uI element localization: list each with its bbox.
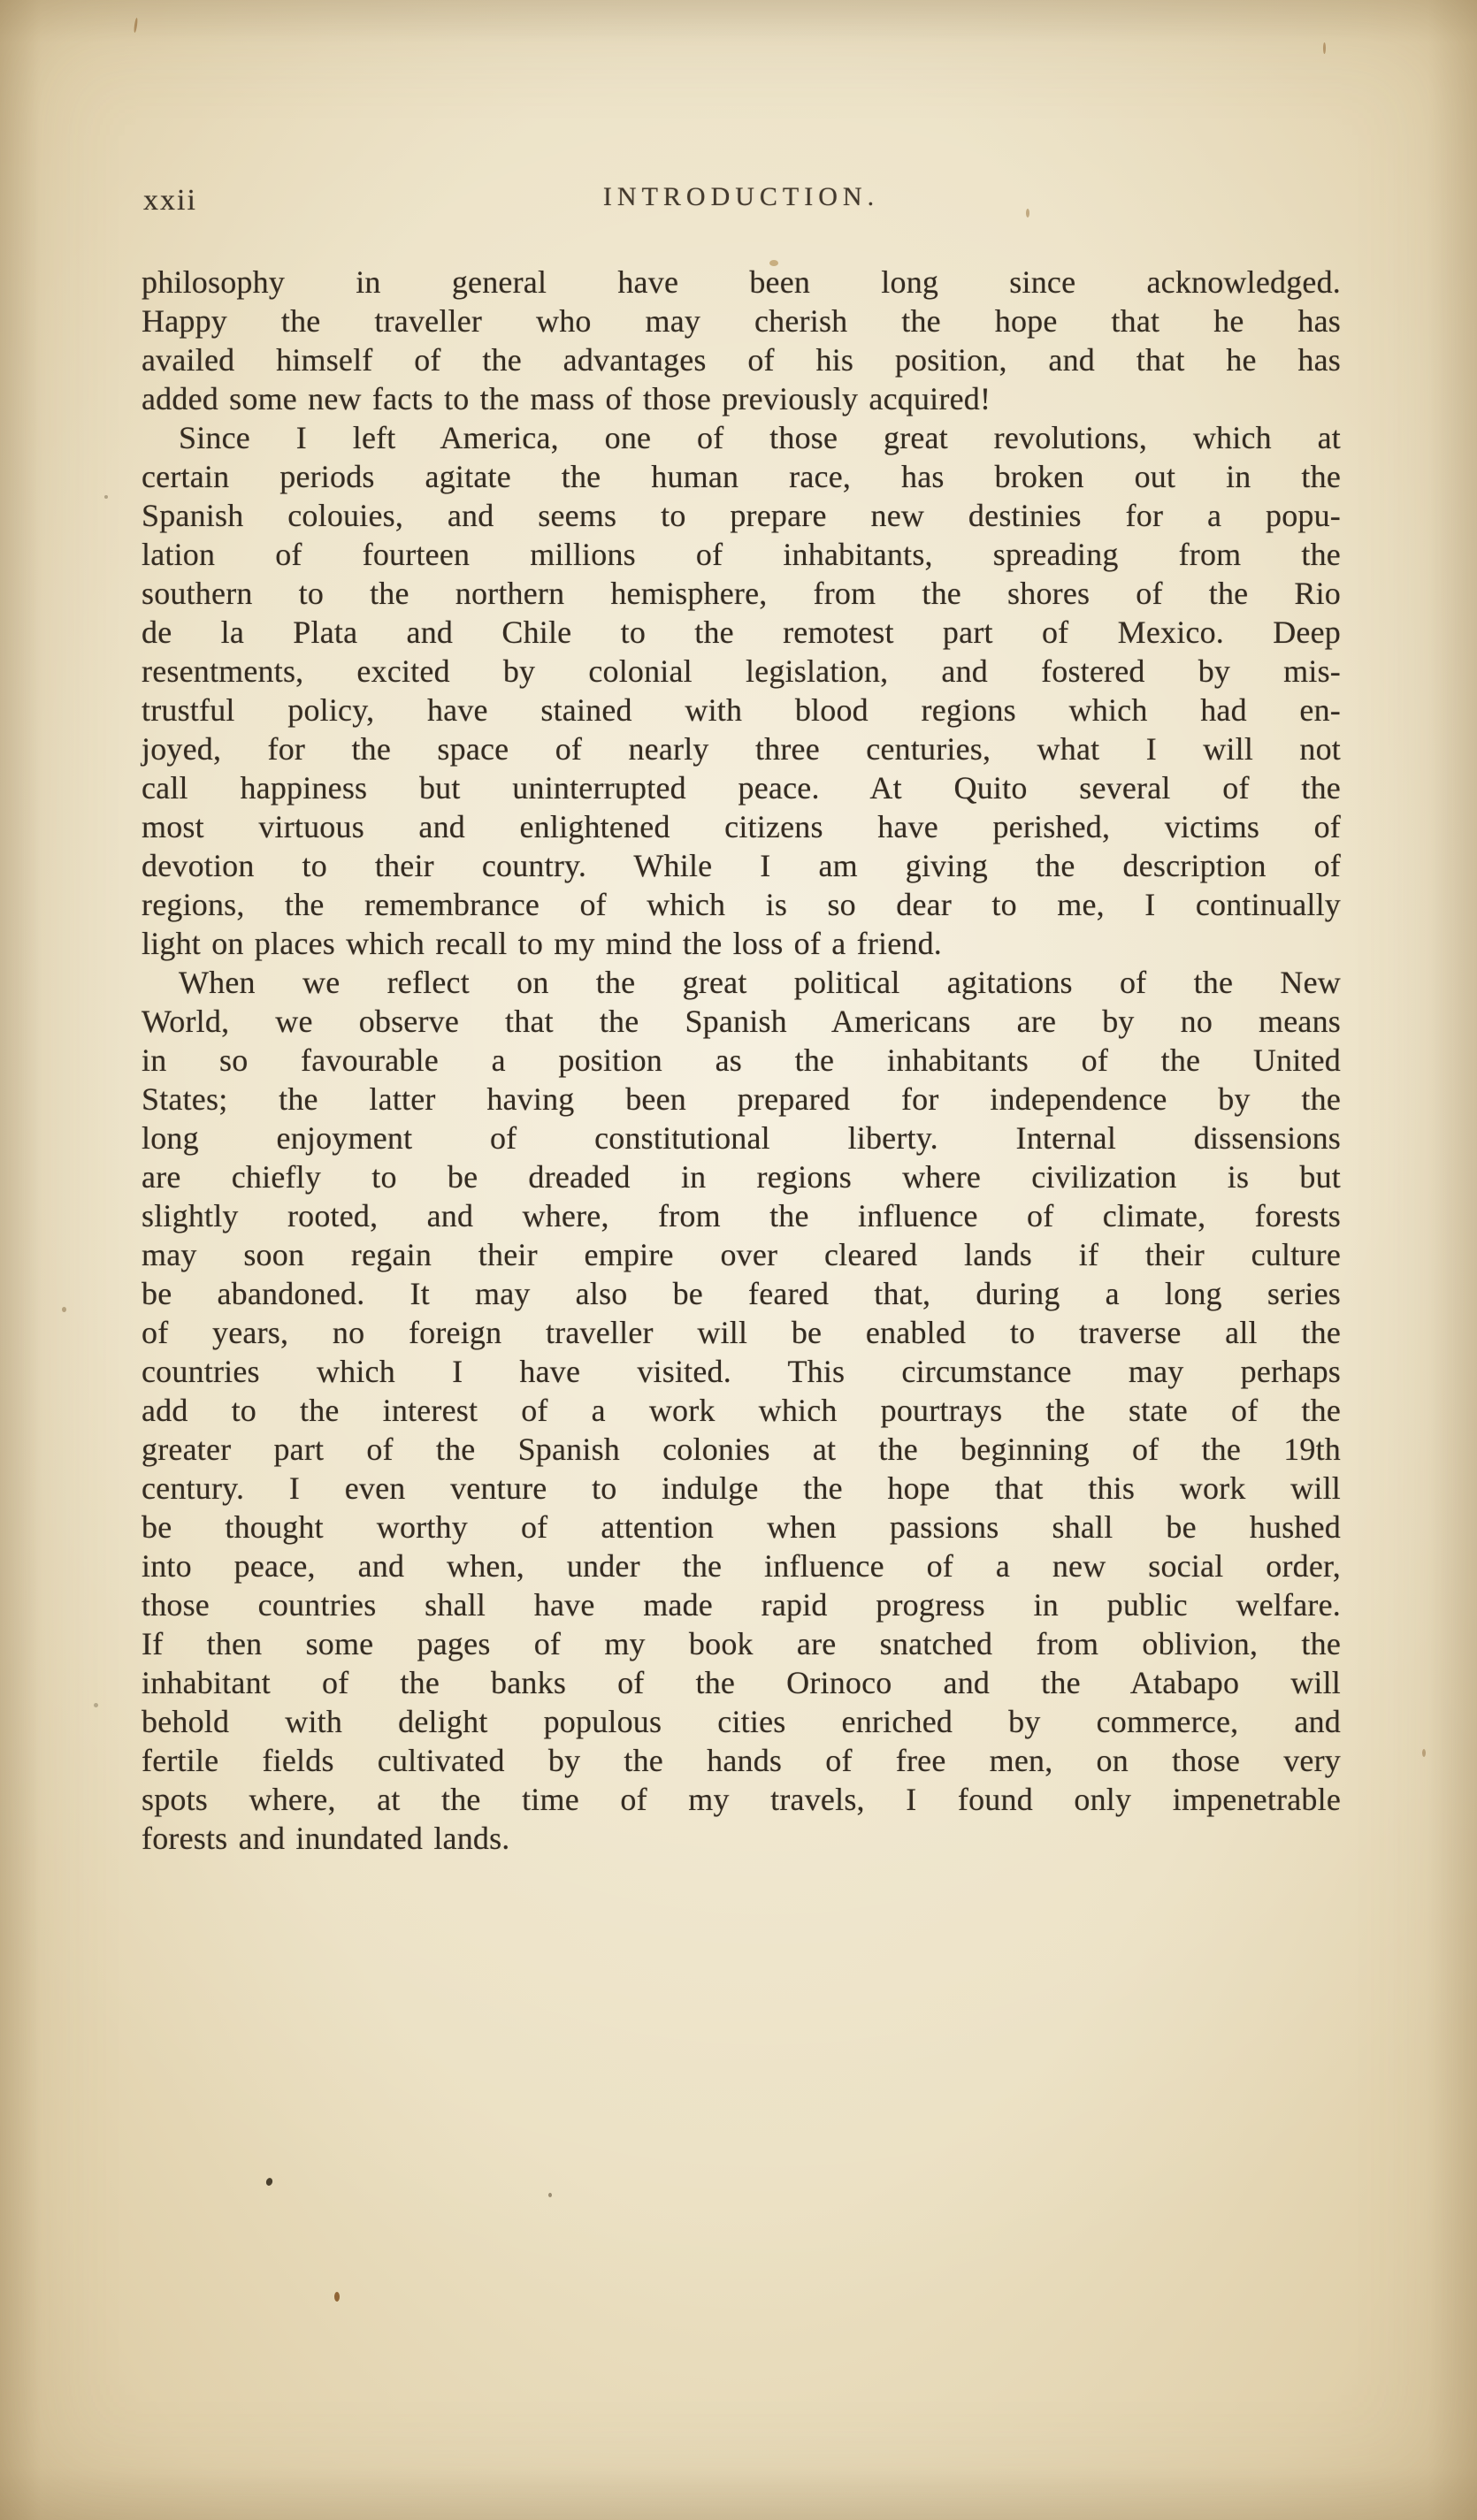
text-line: countries which I have visited. This cir… bbox=[142, 1352, 1341, 1391]
paper-speck bbox=[769, 260, 778, 266]
text-line: When we reflect on the great political a… bbox=[142, 963, 1341, 1002]
text-line: If then some pages of my book are snatch… bbox=[142, 1624, 1341, 1663]
text-line: Spanish colouies, and seems to prepare n… bbox=[142, 496, 1341, 535]
text-line: of years, no foreign traveller will be e… bbox=[142, 1313, 1341, 1352]
text-line: trustful policy, have stained with blood… bbox=[142, 691, 1341, 729]
text-line: fertile fields cultivated by the hands o… bbox=[142, 1741, 1341, 1780]
paper-speck bbox=[104, 495, 108, 499]
paper-speck bbox=[334, 2292, 340, 2302]
text-line: forests and inundated lands. bbox=[142, 1819, 1341, 1858]
paper-speck bbox=[134, 18, 138, 33]
paper-speck bbox=[1026, 209, 1029, 218]
text-line: in so favourable a position as the inhab… bbox=[142, 1041, 1341, 1080]
text-line: spots where, at the time of my travels, … bbox=[142, 1780, 1341, 1819]
text-line: certain periods agitate the human race, … bbox=[142, 457, 1341, 496]
text-line: most virtuous and enlightened citizens h… bbox=[142, 807, 1341, 846]
text-line: be abandoned. It may also be feared that… bbox=[142, 1274, 1341, 1313]
text-line: World, we observe that the Spanish Ameri… bbox=[142, 1002, 1341, 1041]
text-line: are chiefly to be dreaded in regions whe… bbox=[142, 1157, 1341, 1196]
paper-speck bbox=[548, 2193, 552, 2197]
body-text: philosophy in general have been long sin… bbox=[142, 263, 1341, 1858]
text-line: slightly rooted, and where, from the inf… bbox=[142, 1196, 1341, 1235]
text-line: joyed, for the space of nearly three cen… bbox=[142, 729, 1341, 768]
text-line: add to the interest of a work which pour… bbox=[142, 1391, 1341, 1430]
paper-speck bbox=[94, 1703, 98, 1707]
text-line: de la Plata and Chile to the remotest pa… bbox=[142, 613, 1341, 652]
text-line: regions, the remembrance of which is so … bbox=[142, 885, 1341, 924]
text-line: philosophy in general have been long sin… bbox=[142, 263, 1341, 302]
text-line: southern to the northern hemisphere, fro… bbox=[142, 574, 1341, 613]
text-line: may soon regain their empire over cleare… bbox=[142, 1235, 1341, 1274]
text-line: be thought worthy of attention when pass… bbox=[142, 1508, 1341, 1546]
text-line: those countries shall have made rapid pr… bbox=[142, 1585, 1341, 1624]
text-line: Since I left America, one of those great… bbox=[142, 418, 1341, 457]
paragraph: Since I left America, one of those great… bbox=[142, 418, 1341, 963]
text-line: light on places which recall to my mind … bbox=[142, 924, 1341, 963]
paragraph: When we reflect on the great political a… bbox=[142, 963, 1341, 1858]
text-line: behold with delight populous cities enri… bbox=[142, 1702, 1341, 1741]
text-line: lation of fourteen millions of inhabitan… bbox=[142, 535, 1341, 574]
text-line: century. I even venture to indulge the h… bbox=[142, 1469, 1341, 1508]
text-line: inhabitant of the banks of the Orinoco a… bbox=[142, 1663, 1341, 1702]
text-line: call happiness but uninterrupted peace. … bbox=[142, 768, 1341, 807]
paper-speck bbox=[1422, 1749, 1426, 1757]
text-line: into peace, and when, under the influenc… bbox=[142, 1546, 1341, 1585]
text-line: added some new facts to the mass of thos… bbox=[142, 379, 1341, 418]
text-line: greater part of the Spanish colonies at … bbox=[142, 1430, 1341, 1469]
text-line: resentments, excited by colonial legisla… bbox=[142, 652, 1341, 691]
paragraph: philosophy in general have been long sin… bbox=[142, 263, 1341, 418]
paper-speck bbox=[62, 1307, 66, 1312]
text-line: devotion to their country. While I am gi… bbox=[142, 846, 1341, 885]
book-page: xxii INTRODUCTION. philosophy in general… bbox=[0, 0, 1477, 2520]
page-header: xxii INTRODUCTION. bbox=[142, 180, 1341, 221]
text-line: long enjoyment of constitutional liberty… bbox=[142, 1119, 1341, 1157]
text-line: availed himself of the advantages of his… bbox=[142, 340, 1341, 379]
running-header-title: INTRODUCTION. bbox=[142, 182, 1341, 212]
paper-speck bbox=[265, 2177, 273, 2187]
text-line: States; the latter having been prepared … bbox=[142, 1080, 1341, 1119]
paper-speck bbox=[1323, 42, 1326, 54]
text-line: Happy the traveller who may cherish the … bbox=[142, 302, 1341, 340]
